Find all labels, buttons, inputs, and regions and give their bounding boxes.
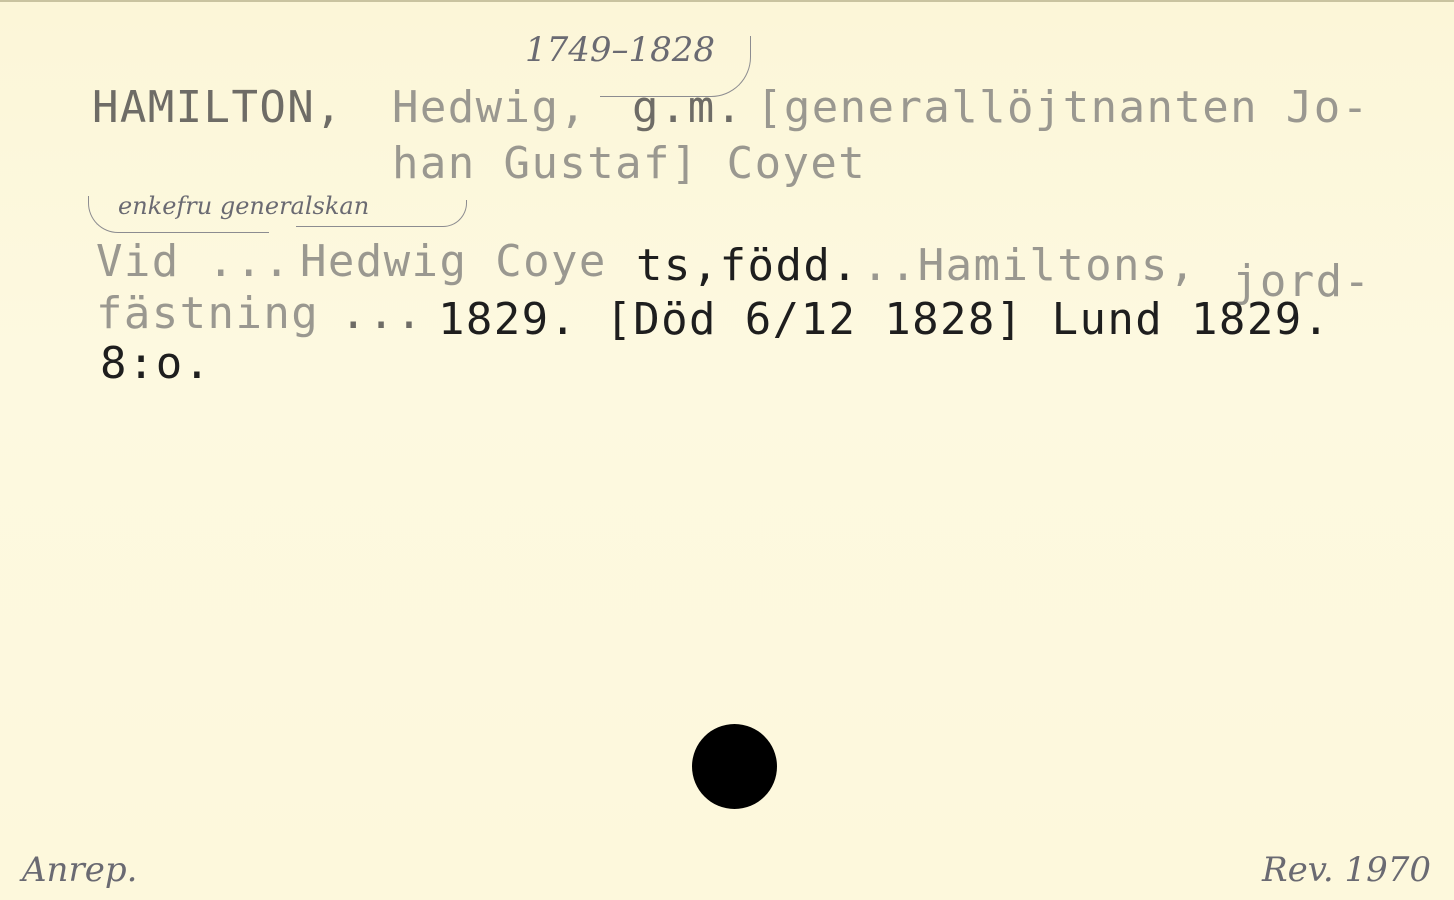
body-line2-publication: 1829. [Död 6/12 1828] Lund 1829.: [438, 298, 1331, 342]
body-line2-fastning: fästning: [96, 292, 319, 336]
heading-spouse-name: han Gustaf] Coyet: [392, 142, 866, 186]
heading-spouse-title: [generallöjtnanten Jo-: [756, 86, 1370, 130]
body-line1-hamiltons: ..Hamiltons,: [862, 244, 1197, 288]
catalog-card: 1749–1828 HAMILTON, Hedwig, g.m. [genera…: [0, 0, 1454, 900]
heading-married-abbrev: g.m.: [632, 86, 744, 130]
body-line1-ts-fodd: ts,född.: [636, 244, 859, 288]
heading-given-name: Hedwig,: [392, 86, 587, 130]
body-line3-format: 8:o.: [100, 342, 212, 386]
signature-right: Rev. 1970: [1262, 850, 1431, 890]
annotation-bracket-left: [88, 196, 269, 233]
heading-surname: HAMILTON,: [92, 86, 343, 130]
signature-left: Anrep.: [22, 850, 137, 890]
body-line1-hedwig-coye: Hedwig Coye: [300, 240, 607, 284]
body-line2-ellipsis: ...: [340, 292, 424, 336]
punch-hole: [692, 724, 777, 809]
body-line1-vid: Vid ...: [96, 240, 291, 284]
annotation-bracket-right: [296, 200, 467, 227]
